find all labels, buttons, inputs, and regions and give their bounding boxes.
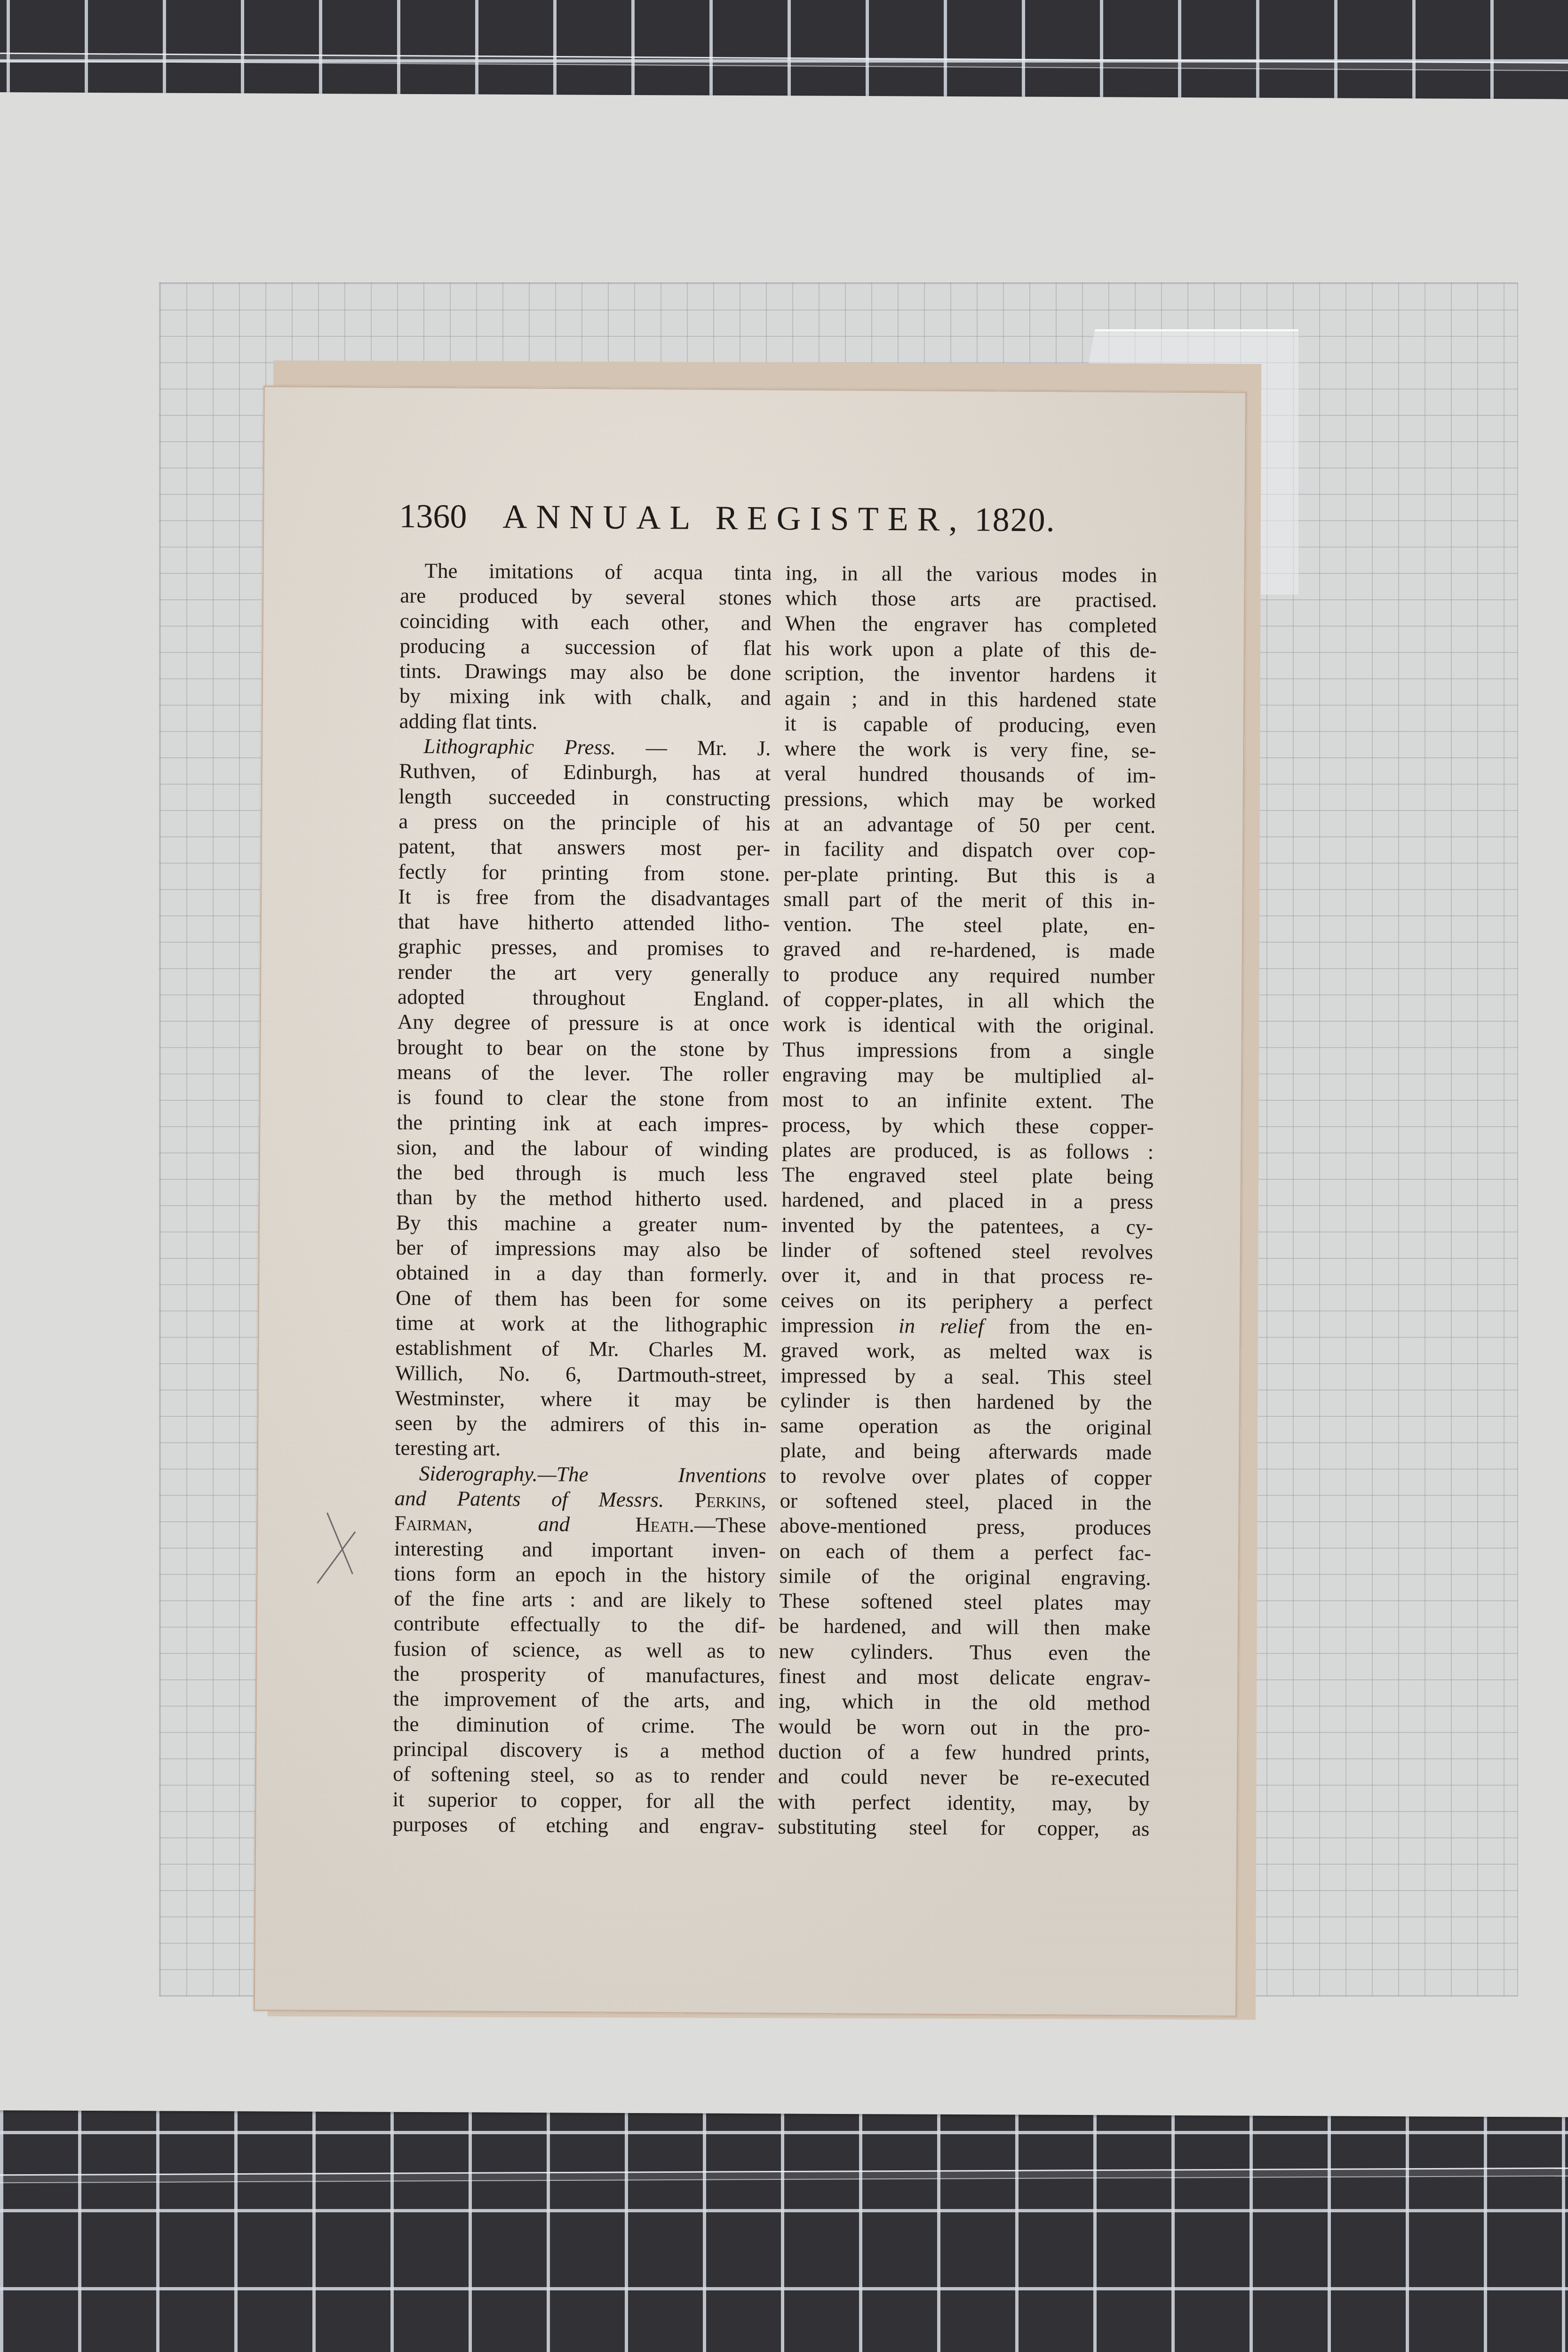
text-line: small part of the merit of this in- xyxy=(783,887,1155,914)
text-line: to produce any required number xyxy=(783,962,1154,989)
text-line: tints. Drawings may also be done xyxy=(399,659,771,686)
text-line: Willich, No. 6, Dartmouth-street, xyxy=(395,1360,767,1388)
text-line: would be worn out in the pro- xyxy=(778,1714,1150,1741)
text-line: These softened steel plates may xyxy=(779,1589,1151,1616)
text-line: Westminster, where it may be xyxy=(395,1386,767,1413)
section-heading-siderography: Siderography.—The Inventions xyxy=(395,1461,766,1488)
text-line: interesting and important inven- xyxy=(394,1536,766,1563)
text-line: and could never be re-executed xyxy=(778,1764,1150,1791)
text-line-in-relief: impression in relief from the en- xyxy=(781,1313,1153,1340)
text-line: vention. The steel plate, en- xyxy=(783,912,1155,939)
text-line: new cylinders. Thus even the xyxy=(779,1639,1150,1666)
text-line: cylinder is then hardened by the xyxy=(780,1388,1152,1415)
text-line: Thus impressions from a single xyxy=(782,1037,1154,1064)
text-line: duction of a few hundred prints, xyxy=(778,1739,1150,1766)
text-line: adding flat tints. xyxy=(399,709,771,736)
text-line: producing a succession of flat xyxy=(399,634,771,661)
publication-year: 1820. xyxy=(974,501,1055,539)
text-line: By this machine a greater num- xyxy=(396,1210,768,1237)
text-line: veral hundred thousands of im- xyxy=(784,761,1156,788)
text-line: plate, and being afterwards made xyxy=(780,1438,1152,1465)
italic-in-relief: in relief xyxy=(899,1314,984,1338)
text-line: where the work is very fine, se- xyxy=(784,736,1156,763)
text-line: graved and re-hardened, is made xyxy=(783,937,1155,964)
section-heading-names: Fairman, and Heath.—These xyxy=(394,1511,766,1538)
text-line: which those arts are practised. xyxy=(785,586,1157,613)
text-line: process, by which these copper- xyxy=(782,1112,1154,1139)
text-line: ceives on its periphery a perfect xyxy=(781,1287,1153,1315)
text-line: impressed by a seal. This steel xyxy=(780,1363,1152,1390)
text-line: invented by the patentees, a cy- xyxy=(781,1212,1153,1240)
text-line: sion, and the labour of winding xyxy=(397,1135,768,1162)
printed-page: 1360ANNUAL REGISTER, 1820. The imitation… xyxy=(254,386,1247,2017)
text-line: When the engraver has completed xyxy=(785,611,1157,638)
text-line: length succeeded in constructing xyxy=(399,784,771,811)
text-line: or softened steel, placed in the xyxy=(780,1488,1151,1516)
text-line: in facility and dispatch over cop- xyxy=(784,836,1155,864)
text-line: One of them has been for some xyxy=(396,1285,767,1312)
text-line: per-plate printing. But this is a xyxy=(784,861,1155,889)
text-line: establishment of Mr. Charles M. xyxy=(395,1335,767,1363)
text-line: graphic presses, and promises to xyxy=(398,934,770,961)
text-line: again ; and in this hardened state xyxy=(785,686,1156,713)
text-line: above-mentioned press, produces xyxy=(780,1513,1151,1541)
text-line: engraving may be multiplied al- xyxy=(782,1062,1154,1089)
text-line: fectly for printing from stone. xyxy=(398,859,770,886)
text-line: the bed through is much less xyxy=(397,1160,768,1187)
text-line: the prosperity of manufactures, xyxy=(393,1661,765,1689)
text-line: most to an infinite extent. The xyxy=(782,1087,1154,1114)
cutting-mat-bottom-band xyxy=(0,2103,1568,2352)
text-line: linder of softened steel revolves xyxy=(781,1238,1153,1265)
text-line: over it, and in that process re- xyxy=(781,1263,1153,1290)
text-line: teresting art. xyxy=(395,1436,766,1463)
text-line: It is free from the disadvantages xyxy=(398,884,770,912)
text-line: work is identical with the original. xyxy=(783,1012,1154,1039)
pencil-x-mark-icon xyxy=(315,1510,358,1586)
text-line: on each of them a perfect fac- xyxy=(780,1538,1151,1565)
running-head: 1360ANNUAL REGISTER, 1820. xyxy=(399,497,1133,540)
text-line: ing, which in the old method xyxy=(779,1689,1150,1716)
text-line: ber of impressions may also be xyxy=(396,1235,768,1263)
text-line: scription, the inventor hardens it xyxy=(785,661,1156,688)
page-number: 1360 xyxy=(399,497,502,535)
text-line: the diminution of crime. The xyxy=(393,1711,764,1739)
text-line: it is capable of producing, even xyxy=(784,711,1156,739)
text-line: simile of the original engraving. xyxy=(779,1564,1151,1591)
text-line: seen by the admirers of this in- xyxy=(395,1411,766,1438)
text-line: of softening steel, so as to render xyxy=(393,1762,764,1789)
text-line: The engraved steel plate being xyxy=(782,1162,1154,1190)
text-line: plates are produced, is as follows : xyxy=(782,1137,1154,1165)
text-line: purposes of etching and engrav- xyxy=(392,1812,764,1839)
right-column: ing, in all the various modes in which t… xyxy=(778,561,1157,1842)
text-line: the printing ink at each impres- xyxy=(397,1110,768,1137)
name-heath: Heath. xyxy=(635,1513,694,1537)
text-line: obtained in a day than formerly. xyxy=(396,1260,767,1287)
text-line: be hardened, and will then make xyxy=(779,1613,1151,1641)
text-line: substituting steel for copper, as xyxy=(778,1814,1149,1842)
text-line: is found to clear the stone from xyxy=(397,1085,769,1112)
text-line: pressions, which may be worked xyxy=(784,786,1155,813)
name-perkins: Perkins, xyxy=(664,1488,766,1512)
text-line: fusion of science, as well as to xyxy=(393,1637,765,1664)
text-line: to revolve over plates of copper xyxy=(780,1463,1152,1490)
text-line: the improvement of the arts, and xyxy=(393,1686,765,1714)
text-line: are produced by several stones xyxy=(400,583,772,611)
text-line: means of the lever. The roller xyxy=(397,1060,769,1087)
text-line: at an advantage of 50 per cent. xyxy=(784,811,1155,839)
text-line: with perfect identity, may, by xyxy=(778,1789,1149,1816)
text-line: by mixing ink with chalk, and xyxy=(399,683,771,711)
section-heading-patents: and Patents of Messrs. Perkins, xyxy=(394,1486,766,1513)
text-line: adopted throughout England. xyxy=(398,985,769,1012)
text-line: The imitations of acqua tinta xyxy=(400,558,772,586)
text-line: tions form an epoch in the history xyxy=(394,1561,765,1589)
text-line: coinciding with each other, and xyxy=(400,608,772,636)
text-line: ing, in all the various modes in xyxy=(785,561,1157,588)
text-line: it superior to copper, for all the xyxy=(392,1787,764,1814)
text-line: than by the method hitherto used. xyxy=(396,1185,768,1212)
heading-italic: Lithographic Press. xyxy=(423,734,616,759)
text-line: Ruthven, of Edinburgh, has at xyxy=(399,759,771,786)
text-line: same operation as the original xyxy=(780,1413,1152,1440)
text-line: hardened, and placed in a press xyxy=(781,1187,1153,1215)
text-line: of the fine arts : and are likely to xyxy=(394,1586,765,1613)
text-line: graved work, as melted wax is xyxy=(780,1338,1152,1365)
text-line: patent, that answers most per- xyxy=(398,834,770,861)
text-line: that have hitherto attended litho- xyxy=(398,909,770,937)
text-line: time at work at the lithographic xyxy=(396,1311,767,1338)
text-line: his work upon a plate of this de- xyxy=(785,636,1156,663)
text-line: of copper-plates, in all which the xyxy=(783,987,1154,1014)
text-line: principal discovery is a method xyxy=(393,1737,764,1764)
text-line: a press on the principle of his xyxy=(398,809,770,836)
text-line: finest and most delicate engrav- xyxy=(779,1664,1150,1691)
text-line: Any degree of pressure is at once xyxy=(398,1009,769,1037)
section-heading-lithographic-press: Lithographic Press. — Mr. J. xyxy=(399,734,771,761)
publication-title: ANNUAL REGISTER, xyxy=(502,498,966,538)
text-line: brought to bear on the stone by xyxy=(397,1034,769,1062)
text-line: render the art very generally xyxy=(398,960,769,987)
name-fairman: Fairman, xyxy=(394,1511,472,1535)
text-line: contribute effectually to the dif- xyxy=(394,1611,765,1638)
left-column: The imitations of acqua tinta are produc… xyxy=(392,558,772,1839)
